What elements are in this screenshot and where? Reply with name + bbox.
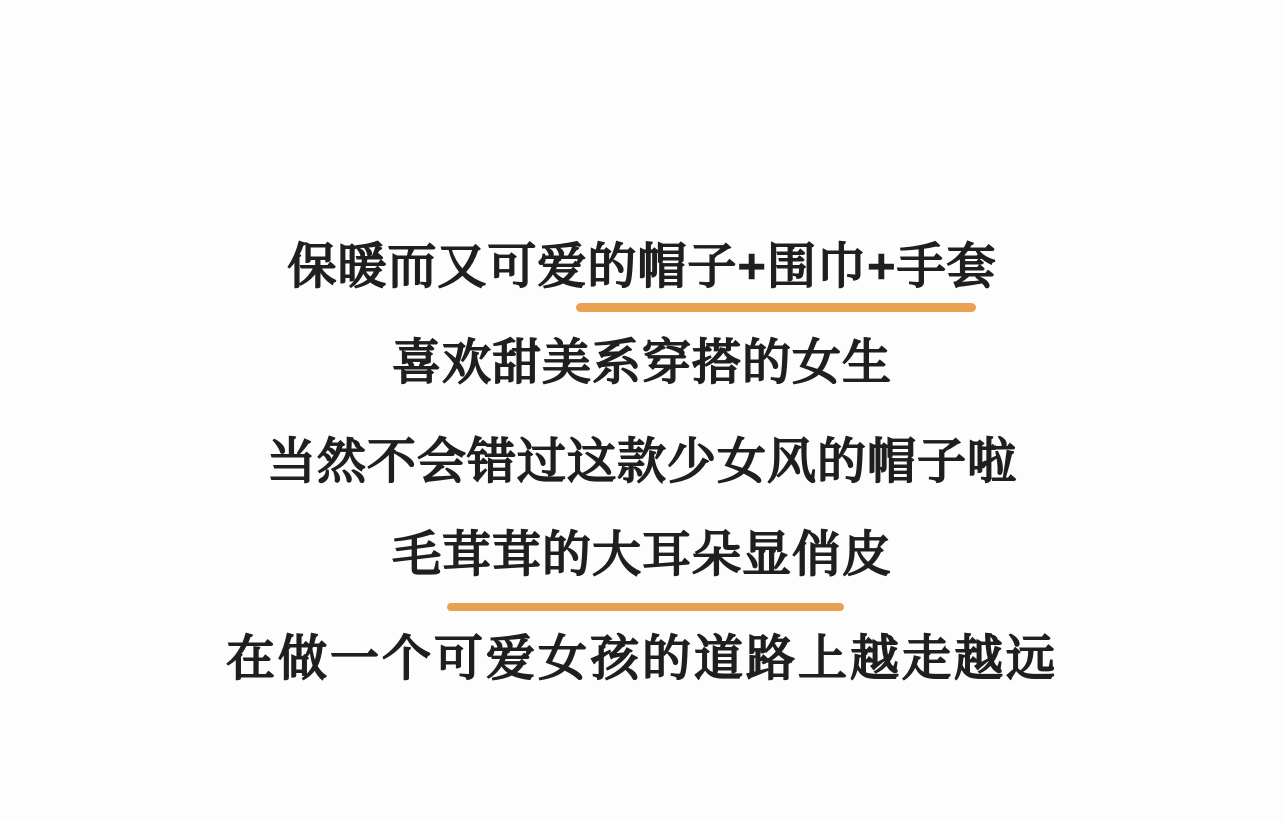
headline-warm-cute-hat-scarf-gloves: 保暖而又可爱的帽子+围巾+手套	[0, 243, 1284, 292]
accent-underline	[576, 303, 976, 312]
line-sweet-style-girls: 喜欢甜美系穿搭的女生	[0, 339, 1284, 388]
line-cute-girl-road: 在做一个可爱女孩的道路上越走越远	[0, 635, 1284, 684]
accent-underline	[447, 603, 844, 611]
promo-text-image: { "page": { "background_color": "#fdfdfd…	[0, 0, 1284, 822]
line-fluffy-big-ears: 毛茸茸的大耳朵显俏皮	[0, 531, 1284, 580]
line-wont-miss-girly-hat: 当然不会错过这款少女风的帽子啦	[0, 438, 1284, 487]
